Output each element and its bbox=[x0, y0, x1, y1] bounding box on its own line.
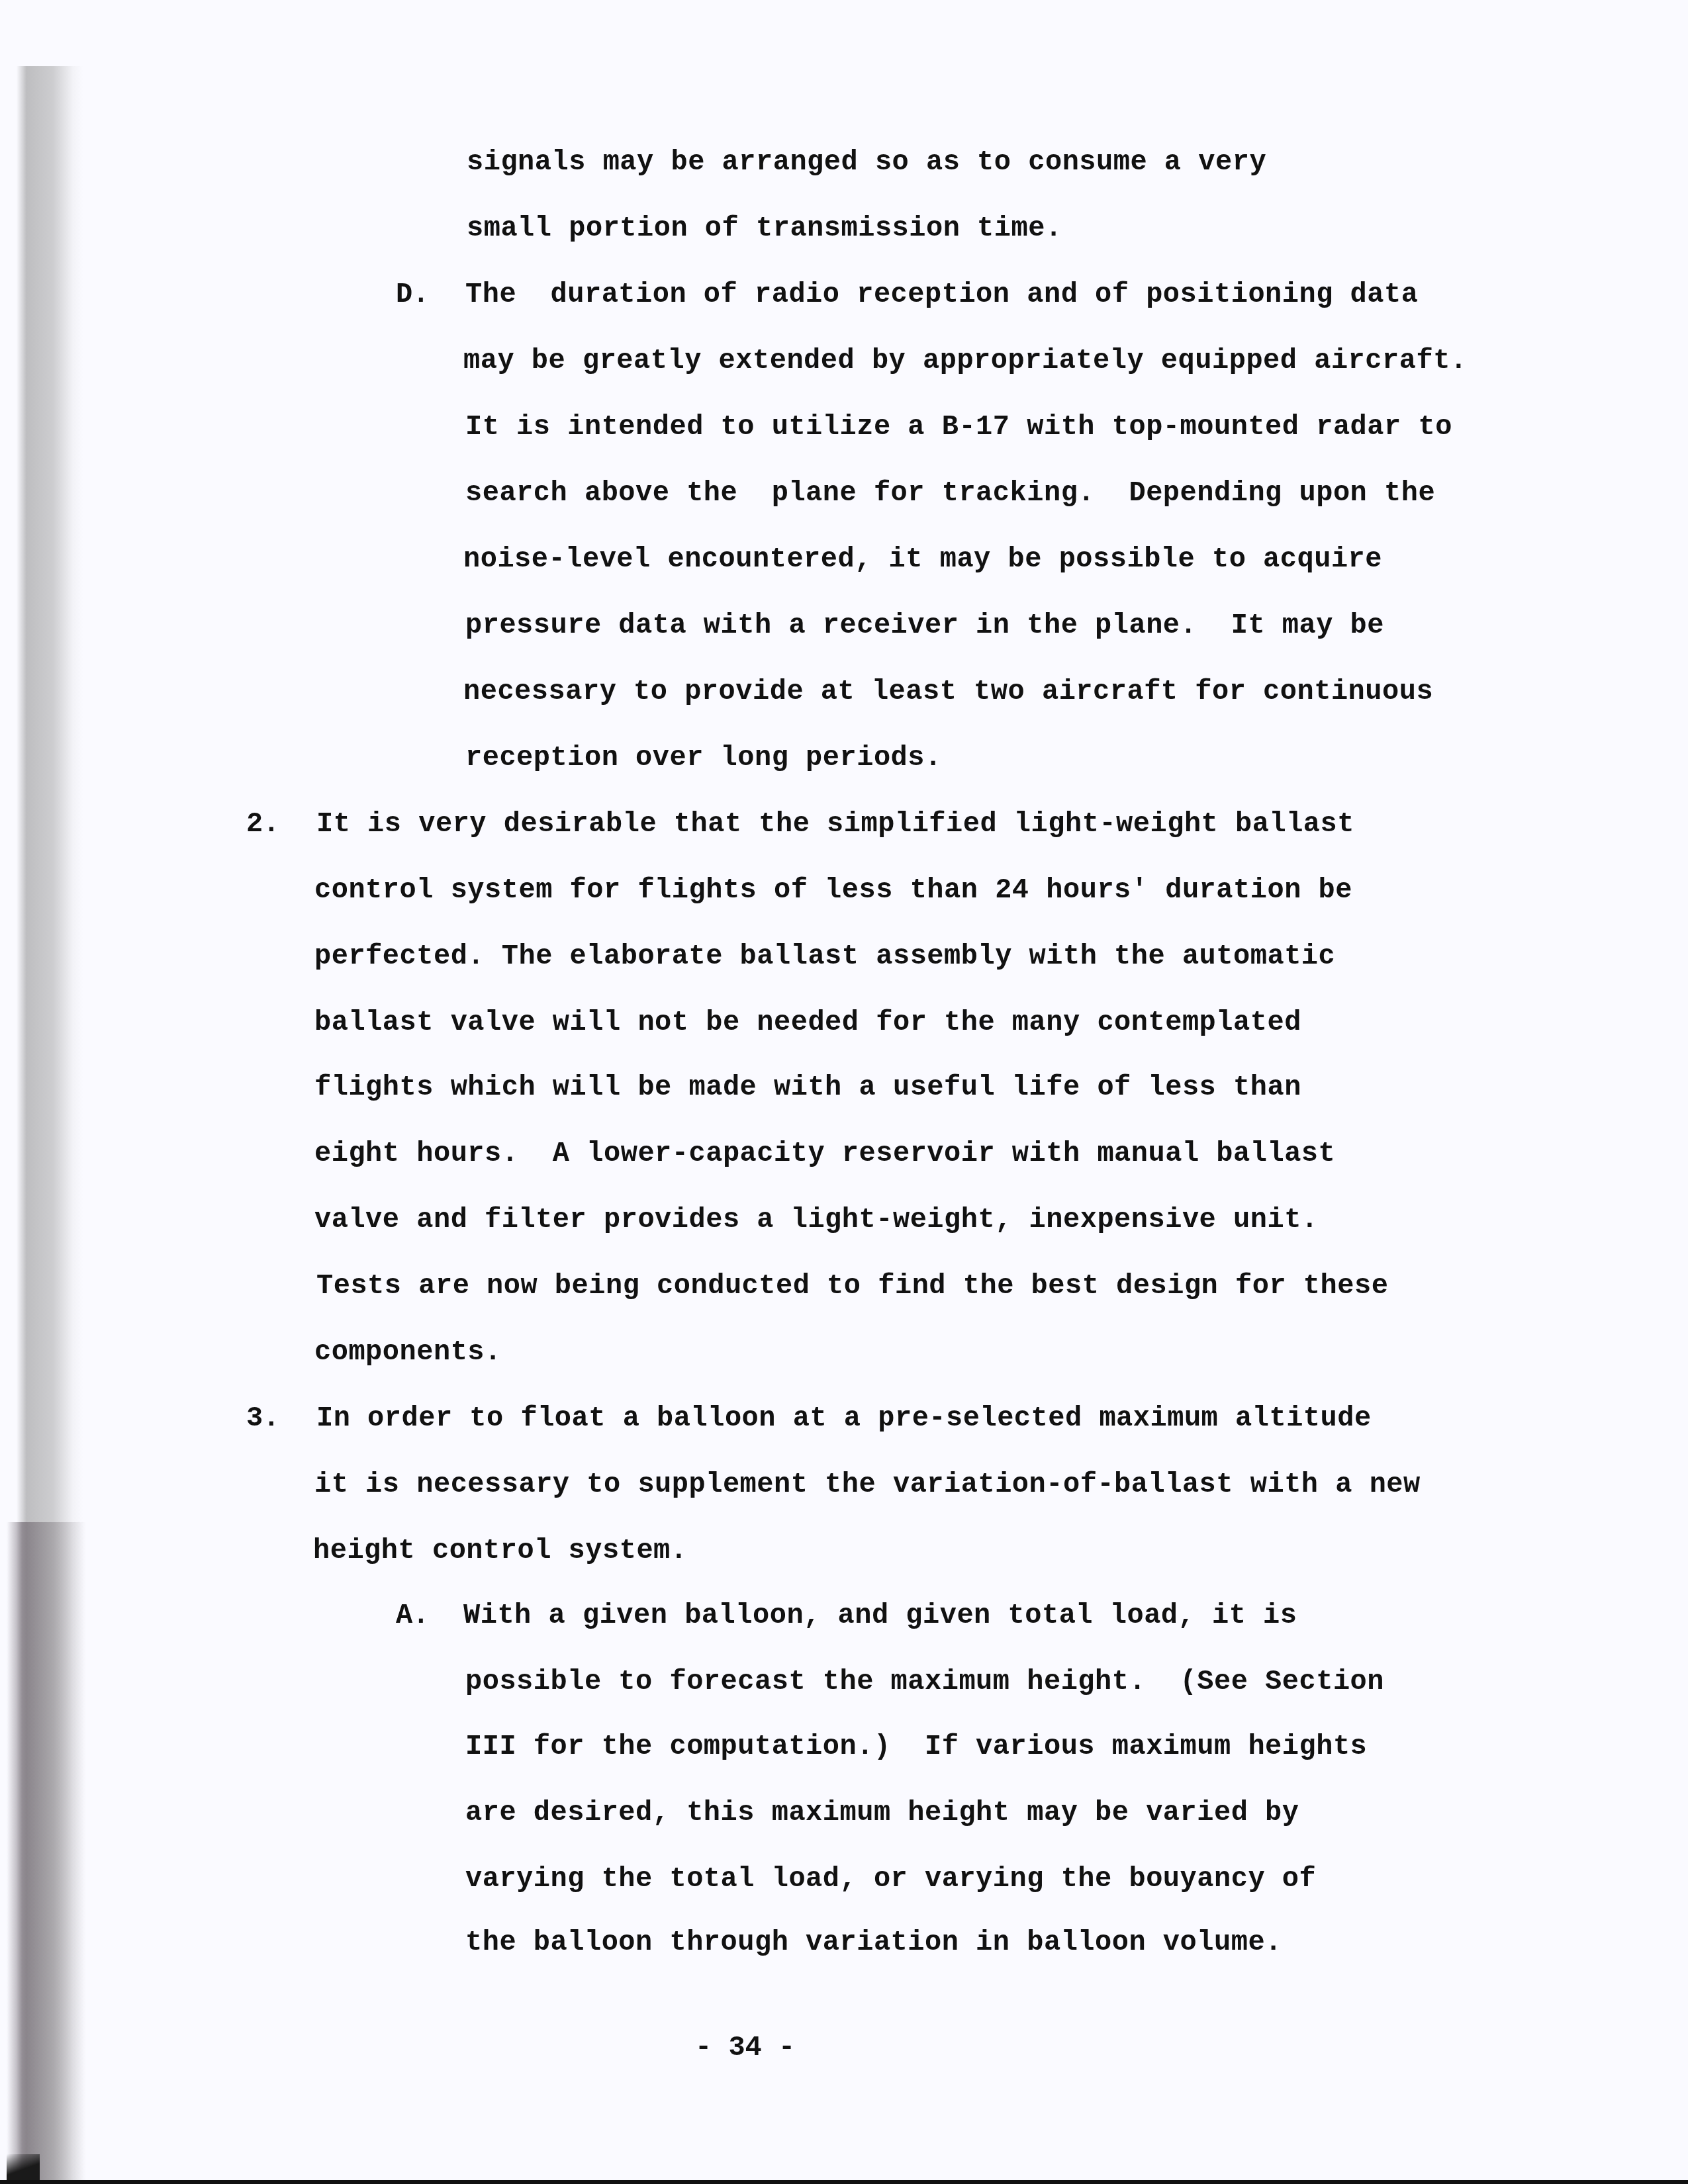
text-line: possible to forecast the maximum height.… bbox=[465, 1668, 1384, 1696]
text-line: valve and filter provides a light-weight… bbox=[314, 1206, 1319, 1234]
scan-corner-shadow bbox=[7, 2154, 40, 2181]
text-line: the balloon through variation in balloon… bbox=[465, 1929, 1282, 1956]
text-line: may be greatly extended by appropriately… bbox=[463, 347, 1468, 375]
list-marker: D. bbox=[396, 281, 429, 308]
text-line: In order to float a balloon at a pre-sel… bbox=[316, 1404, 1372, 1432]
text-line: ballast valve will not be needed for the… bbox=[314, 1009, 1301, 1036]
list-marker: 2. bbox=[246, 810, 279, 838]
text-line: control system for flights of less than … bbox=[314, 876, 1352, 904]
text-line: It is very desirable that the simplified… bbox=[316, 810, 1354, 838]
text-line: With a given balloon, and given total lo… bbox=[463, 1602, 1297, 1629]
scan-edge-shadow-lower bbox=[7, 1522, 86, 2184]
text-line: Tests are now being conducted to find th… bbox=[316, 1272, 1388, 1300]
text-line: noise-level encountered, it may be possi… bbox=[463, 545, 1382, 573]
text-line: perfected. The elaborate ballast assembl… bbox=[314, 942, 1335, 970]
text-line: search above the plane for tracking. Dep… bbox=[465, 479, 1435, 507]
text-line: reception over long periods. bbox=[465, 744, 942, 772]
text-line: It is intended to utilize a B-17 with to… bbox=[465, 413, 1452, 441]
text-line: it is necessary to supplement the variat… bbox=[314, 1471, 1421, 1498]
text-line: flights which will be made with a useful… bbox=[314, 1073, 1301, 1101]
text-line: are desired, this maximum height may be … bbox=[465, 1799, 1299, 1827]
list-marker: 3. bbox=[246, 1404, 279, 1432]
text-line: varying the total load, or varying the b… bbox=[465, 1865, 1316, 1893]
text-line: necessary to provide at least two aircra… bbox=[463, 678, 1433, 705]
text-line: signals may be arranged so as to consume… bbox=[467, 148, 1266, 176]
page-number: - 34 - bbox=[695, 2032, 795, 2064]
scan-bottom-edge bbox=[0, 2180, 1688, 2184]
text-line: eight hours. A lower-capacity reservoir … bbox=[314, 1140, 1335, 1167]
text-line: components. bbox=[314, 1338, 502, 1366]
text-line: small portion of transmission time. bbox=[467, 214, 1062, 242]
list-marker: A. bbox=[396, 1602, 429, 1629]
text-line: III for the computation.) If various max… bbox=[465, 1733, 1367, 1760]
text-line: height control system. bbox=[313, 1537, 688, 1565]
text-line: pressure data with a receiver in the pla… bbox=[465, 612, 1384, 639]
text-line: The duration of radio reception and of p… bbox=[465, 281, 1418, 308]
